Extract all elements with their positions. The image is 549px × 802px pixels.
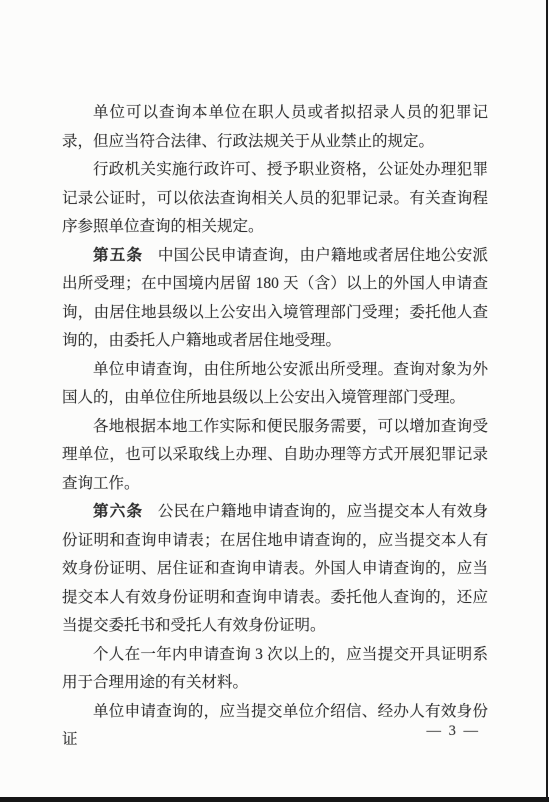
paragraph: 行政机关实施行政许可、授予职业资格，公证处办理犯罪记录公证时，可以依法查询相关人… [62,156,488,242]
paragraph-text: 个人在一年内申请查询 3 次以上的，应当提交开具证明系用于合理用途的有关材料。 [62,646,488,692]
paragraph-text: 行政机关实施行政许可、授予职业资格，公证处办理犯罪记录公证时，可以依法查询相关人… [62,161,488,235]
paragraph: 单位申请查询，由住所地公安派出所受理。查询对象为外国人的，由单位住所地县级以上公… [62,356,488,413]
paragraph-text: 各地根据本地工作实际和便民服务需要，可以增加查询受理单位，也可以采取线上办理、自… [62,418,488,492]
scanned-document-page: 单位可以查询本单位在职人员或者拟招录人员的犯罪记录，但应当符合法律、行政法规关于… [0,0,549,802]
paragraph: 个人在一年内申请查询 3 次以上的，应当提交开具证明系用于合理用途的有关材料。 [62,641,488,698]
paragraph: 单位可以查询本单位在职人员或者拟招录人员的犯罪记录，但应当符合法律、行政法规关于… [62,99,488,156]
paragraph-text: 公民在户籍地申请查询的，应当提交本人有效身份证明和查询申请表；在居住地申请查询的… [62,503,488,634]
paragraph: 各地根据本地工作实际和便民服务需要，可以增加查询受理单位，也可以采取线上办理、自… [62,413,488,499]
document-body: 单位可以查询本单位在职人员或者拟招录人员的犯罪记录，但应当符合法律、行政法规关于… [62,99,488,755]
paragraph-article-6: 第六条公民在户籍地申请查询的，应当提交本人有效身份证明和查询申请表；在居住地申请… [62,498,488,641]
paragraph-text: 单位可以查询本单位在职人员或者拟招录人员的犯罪记录，但应当符合法律、行政法规关于… [62,104,488,150]
paragraph-text: 单位申请查询，由住所地公安派出所受理。查询对象为外国人的，由单位住所地县级以上公… [62,361,488,407]
article-term: 第五条 [93,247,143,264]
scan-edge-right-line [546,0,548,802]
article-term: 第六条 [93,503,143,520]
scan-edge-bottom-band [0,797,549,802]
page-number: — 3 — [62,722,488,740]
paragraph-article-5: 第五条中国公民申请查询，由户籍地或者居住地公安派出所受理；在中国境内居留 180… [62,242,488,356]
